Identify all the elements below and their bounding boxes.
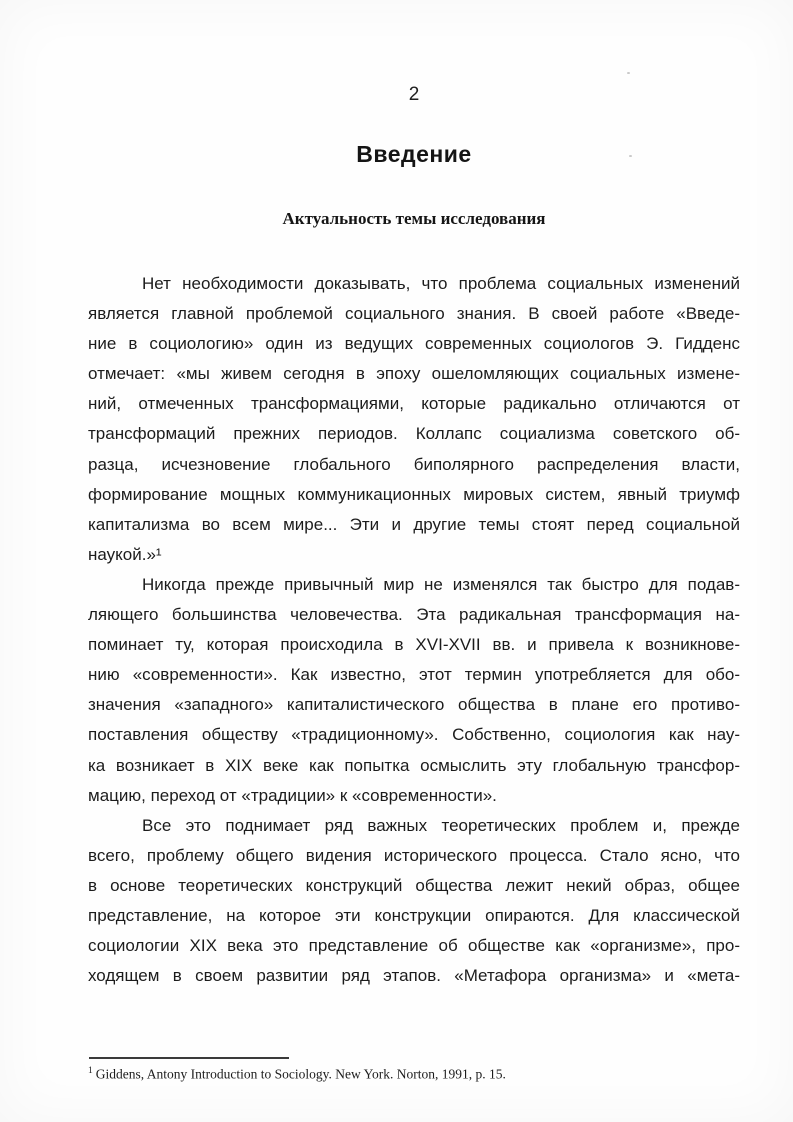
text-line: поминает ту, которая происходила в XVI-X… bbox=[88, 630, 740, 660]
text-line: капитализма во всем мире... Эти и другие… bbox=[88, 510, 740, 540]
footnote-marker: 1 bbox=[88, 1066, 93, 1076]
text-line: трансформаций прежних периодов. Коллапс … bbox=[88, 419, 740, 449]
text-line: Никогда прежде привычный мир не изменялс… bbox=[88, 570, 740, 600]
page-number: 2 bbox=[88, 84, 740, 106]
footnote-text: Giddens, Antony Introduction to Sociolog… bbox=[96, 1067, 506, 1082]
text-line: ка возникает в XIX веке как попытка осмы… bbox=[88, 751, 740, 781]
text-line: является главной проблемой социального з… bbox=[88, 299, 740, 329]
text-line: Все это поднимает ряд важных теоретическ… bbox=[88, 811, 740, 841]
text-line: в основе теоретических конструкций общес… bbox=[88, 871, 740, 901]
scan-speck bbox=[627, 72, 630, 74]
text-line: ходящем в своем развитии ряд этапов. «Ме… bbox=[88, 961, 740, 991]
text-line: всего, проблему общего видения историчес… bbox=[88, 841, 740, 871]
text-line: отмечает: «мы живем сегодня в эпоху ошел… bbox=[88, 359, 740, 389]
text-line: ляющего большинства человечества. Эта ра… bbox=[88, 600, 740, 630]
text-line: Нет необходимости доказывать, что пробле… bbox=[88, 269, 740, 299]
text-line: мацию, переход от «традиции» к «современ… bbox=[88, 781, 740, 811]
text-line: ний, отмеченных трансформациями, которые… bbox=[88, 389, 740, 419]
section-heading: Актуальность темы исследования bbox=[88, 209, 740, 229]
text-line: представление, на которое эти конструкци… bbox=[88, 901, 740, 931]
body-text: Нет необходимости доказывать, что пробле… bbox=[88, 269, 740, 991]
scan-speck bbox=[629, 155, 632, 157]
text-line: ние в социологию» один из ведущих соврем… bbox=[88, 329, 740, 359]
text-line: поставления обществу «традиционному». Со… bbox=[88, 720, 740, 750]
text-line: разца, исчезновение глобального биполярн… bbox=[88, 450, 740, 480]
footnote: 1Giddens, Antony Introduction to Sociolo… bbox=[88, 1066, 740, 1083]
document-page: 2 Введение Актуальность темы исследовани… bbox=[0, 0, 793, 1122]
text-line: нию «современности». Как известно, этот … bbox=[88, 660, 740, 690]
page-title: Введение bbox=[88, 141, 740, 168]
text-line: формирование мощных коммуникационных мир… bbox=[88, 480, 740, 510]
footnote-separator bbox=[89, 1057, 289, 1059]
text-line: социологии XIX века это представление об… bbox=[88, 931, 740, 961]
text-line: значения «западного» капиталистического … bbox=[88, 690, 740, 720]
text-line: наукой.»¹ bbox=[88, 540, 740, 570]
